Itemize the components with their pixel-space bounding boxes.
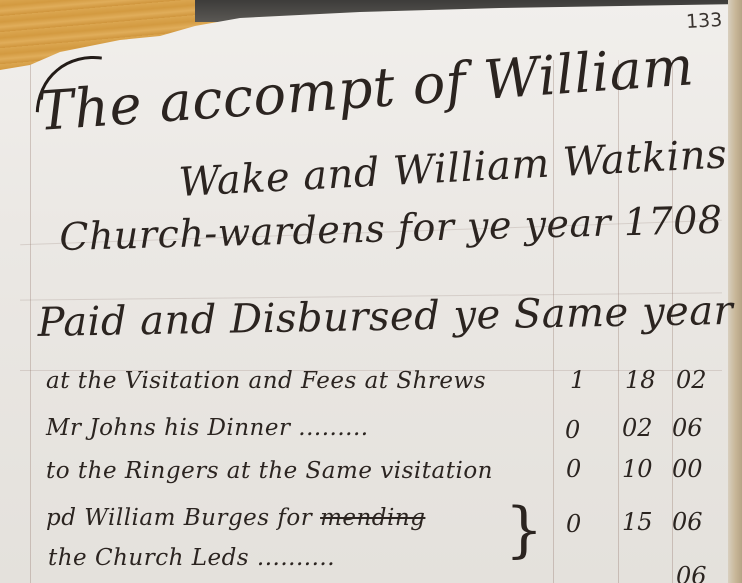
entry-3-shillings: 10 (622, 455, 653, 483)
entry-3-pence: 00 (672, 455, 703, 483)
entry-1-pence: 02 (676, 366, 707, 394)
entry-4-struck-word: mending (320, 505, 425, 531)
entry-2-text: Mr Johns his Dinner ......... (46, 415, 369, 441)
entry-4-prefix: pd William Burges for (46, 505, 312, 531)
entry-4-brace: } (505, 495, 543, 565)
entry-4-pounds: 0 (566, 510, 581, 538)
entry-3-pounds: 0 (566, 455, 581, 483)
entry-3-text: to the Ringers at the Same visitation (46, 458, 493, 484)
entry-2-shillings: 02 (622, 414, 653, 442)
entry-1-text: at the Visitation and Fees at Shrews (46, 368, 486, 394)
entry-1-shillings: 18 (625, 366, 656, 394)
entry-2-pounds: 0 (565, 416, 580, 444)
entry-4-line-2: the Church Leds .......... (48, 545, 335, 571)
entry-4-line-1: pd William Burges for mending (46, 505, 425, 531)
entry-4-pence: 06 (672, 508, 703, 536)
left-margin-rule (30, 60, 31, 583)
entry-4-shillings: 15 (622, 508, 653, 536)
folio-number: 133 (685, 9, 722, 33)
partial-next-pence: 06 (676, 562, 707, 583)
entry-1-pounds: 1 (570, 366, 585, 394)
entry-2-pence: 06 (672, 414, 703, 442)
